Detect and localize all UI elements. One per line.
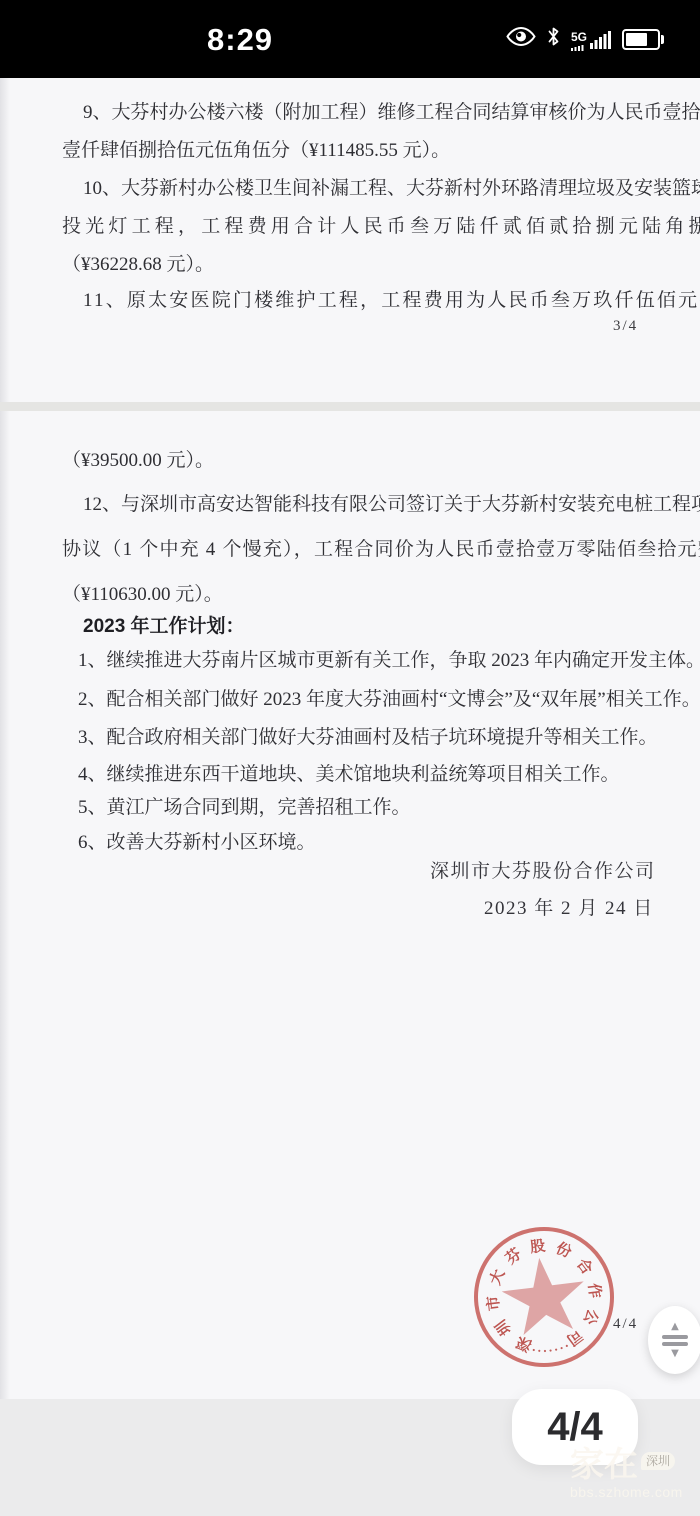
document-page-4: （¥39500.00 元）。 12、与深圳市高安达智能科技有限公司签订关于大芬新… xyxy=(0,411,700,1399)
scroll-up-icon[interactable]: ▲ xyxy=(671,1322,679,1332)
eye-protection-icon xyxy=(506,26,536,52)
company-seal-stamp: 深圳市大芬股份合作公司••••••• xyxy=(466,1219,622,1375)
signature-company: 深圳市大芬股份合作公司 xyxy=(430,856,656,883)
cellular-signal-icon: 5G xyxy=(571,27,612,51)
battery-icon xyxy=(622,29,660,50)
status-icons: 5G xyxy=(506,0,660,78)
watermark: 家在 深圳 bbs.szhome.com xyxy=(570,1448,690,1500)
seal-serial-dot: • xyxy=(542,1348,548,1354)
scroll-handle-icon[interactable] xyxy=(662,1342,688,1346)
plan-item: 3、配合政府相关部门做好大芬油画村及桔子坑环境提升等相关工作。 xyxy=(62,727,640,750)
doc-line: （¥36228.68 元）。 xyxy=(62,254,640,277)
seal-serial-dot: • xyxy=(530,1346,537,1353)
sim1-signal-bars xyxy=(590,27,612,51)
network-type-label: 5G xyxy=(571,31,587,43)
signature-date: 2023 年 2 月 24 日 xyxy=(484,893,654,920)
status-bar: 8:29 5G xyxy=(0,0,700,78)
page-gap-divider xyxy=(0,402,700,411)
plan-item: 2、配合相关部门做好 2023 年度大芬油画村“文博会”及“双年展”相关工作。 xyxy=(62,689,640,712)
scroll-handle-icon[interactable] xyxy=(662,1335,688,1339)
work-plan-heading: 2023 年工作计划： xyxy=(62,616,640,639)
seal-serial-dot: • xyxy=(547,1347,554,1354)
doc-line: 投光灯工程，工程费用合计人民币叁万陆仟贰佰贰拾捌元陆角捌分 xyxy=(62,216,640,239)
scroll-down-icon[interactable]: ▼ xyxy=(671,1349,679,1359)
watermark-badge: 深圳 xyxy=(641,1452,675,1470)
page-number-label: 4/4 xyxy=(613,1316,638,1333)
seal-arc-char: 市 xyxy=(484,1293,504,1313)
page-number-label: 3/4 xyxy=(613,318,638,335)
doc-line: 9、大芬村办公楼六楼（附加工程）维修工程合同结算审核价为人民币壹拾壹万 xyxy=(62,102,640,125)
seal-arc-char: 作 xyxy=(584,1281,604,1301)
plan-item: 6、改善大芬新村小区环境。 xyxy=(62,832,640,855)
doc-line: 11、原太安医院门楼维护工程，工程费用为人民币叁万玖仟伍佰元整 xyxy=(62,290,640,313)
doc-line: （¥39500.00 元）。 xyxy=(62,450,640,473)
doc-line: 协议（1 个中充 4 个慢充），工程合同价为人民币壹拾壹万零陆佰叁拾元整 xyxy=(62,539,640,562)
seal-arc-char: 股 xyxy=(528,1237,548,1257)
doc-line: 壹仟肆佰捌拾伍元伍角伍分（¥111485.55 元）。 xyxy=(62,140,640,163)
phone-screen: 8:29 5G xyxy=(0,0,700,1516)
clock-text: 8:29 xyxy=(207,22,273,58)
watermark-title: 家在 xyxy=(570,1448,638,1482)
sim2-signal-bars xyxy=(571,44,587,51)
plan-item: 5、黄江广场合同到期，完善招租工作。 xyxy=(62,797,640,820)
bluetooth-icon xyxy=(546,25,561,53)
plan-item: 1、继续推进大芬南片区城市更新有关工作，争取 2023 年内确定开发主体。 xyxy=(62,650,640,673)
doc-line: 10、大芬新村办公楼卫生间补漏工程、大芬新村外环路清理垃圾及安装篮球场 xyxy=(62,178,640,201)
doc-line: 12、与深圳市高安达智能科技有限公司签订关于大芬新村安装充电桩工程项目 xyxy=(62,494,640,517)
page-indicator-text: 4/4 xyxy=(547,1405,603,1450)
doc-line: （¥110630.00 元）。 xyxy=(62,584,640,607)
document-page-3: 9、大芬村办公楼六楼（附加工程）维修工程合同结算审核价为人民币壹拾壹万 壹仟肆佰… xyxy=(0,78,700,402)
plan-item: 4、继续推进东西干道地块、美术馆地块利益统筹项目相关工作。 xyxy=(62,764,640,787)
scroll-widget[interactable]: ▲ ▼ xyxy=(648,1306,700,1374)
watermark-site: bbs.szhome.com xyxy=(570,1484,690,1500)
